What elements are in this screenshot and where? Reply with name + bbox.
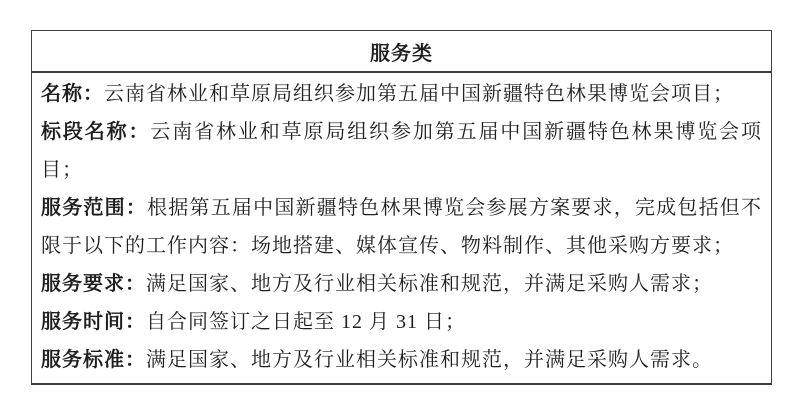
row-text-service-requirements: 满足国家、地方及行业相关标准和规范，并满足采购人需求； (146, 273, 713, 295)
row-label-section-name: 标段名称： (41, 121, 150, 143)
table-row-service-time: 服务时间：自合同签订之日起至 12 月 31 日； (41, 303, 762, 341)
row-label-name: 名称： (41, 83, 104, 105)
row-text-service-standard: 满足国家、地方及行业相关标准和规范，并满足采购人需求。 (146, 349, 713, 371)
row-label-service-time: 服务时间： (41, 311, 146, 333)
table-header: 服务类 (32, 31, 771, 73)
service-category-table: 服务类 名称：云南省林业和草原局组织参加第五届中国新疆特色林果博览会项目； 标段… (31, 30, 772, 385)
row-label-service-scope: 服务范围： (41, 197, 147, 219)
table-row-service-requirements: 服务要求：满足国家、地方及行业相关标准和规范，并满足采购人需求； (41, 265, 762, 303)
row-label-service-standard: 服务标准： (41, 349, 146, 371)
table-row-section-name: 标段名称：云南省林业和草原局组织参加第五届中国新疆特色林果博览会项目； (41, 113, 762, 189)
table-row-service-scope: 服务范围：根据第五届中国新疆特色林果博览会参展方案要求，完成包括但不限于以下的工… (41, 189, 762, 265)
row-label-service-requirements: 服务要求： (41, 273, 146, 295)
row-text-service-time: 自合同签订之日起至 12 月 31 日； (146, 311, 466, 333)
row-text-name: 云南省林业和草原局组织参加第五届中国新疆特色林果博览会项目； (104, 83, 734, 105)
row-text-section-name: 云南省林业和草原局组织参加第五届中国新疆特色林果博览会项目； (41, 121, 762, 181)
table-title: 服务类 (370, 37, 433, 66)
table-row-name: 名称：云南省林业和草原局组织参加第五届中国新疆特色林果博览会项目； (41, 75, 762, 113)
table-body: 名称：云南省林业和草原局组织参加第五届中国新疆特色林果博览会项目； 标段名称：云… (32, 73, 771, 383)
table-row-service-standard: 服务标准：满足国家、地方及行业相关标准和规范，并满足采购人需求。 (41, 341, 762, 379)
row-text-service-scope: 根据第五届中国新疆特色林果博览会参展方案要求，完成包括但不限于以下的工作内容：场… (41, 197, 762, 257)
